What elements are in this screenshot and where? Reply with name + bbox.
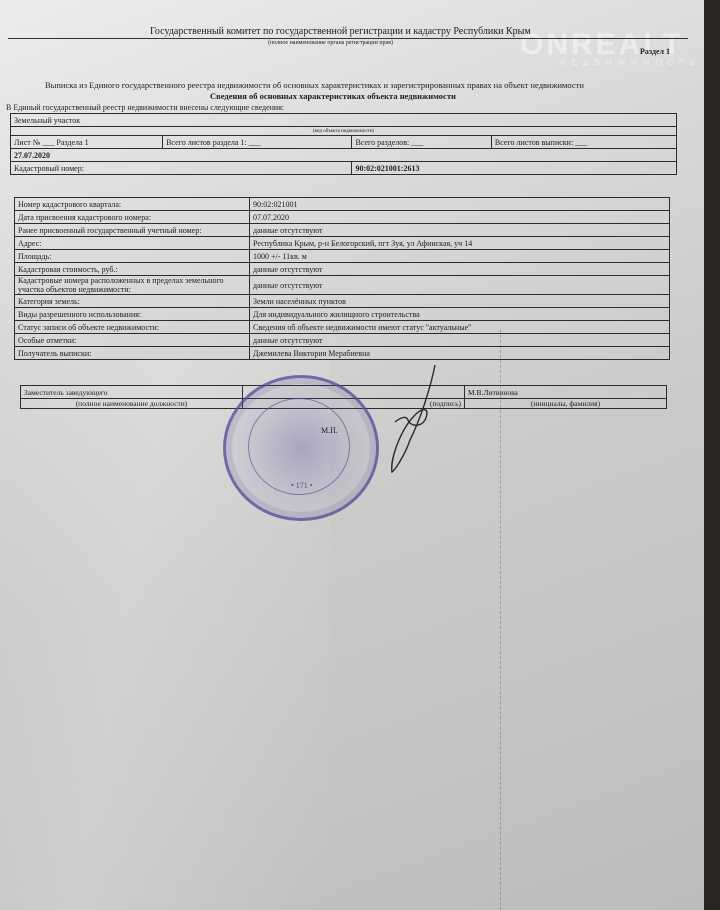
object-type: Земельный участок	[11, 114, 677, 127]
details-table: Номер кадастрового квартала:90:02:021001…	[14, 197, 670, 360]
table-row: Статус записи об объекте недвижимости:Св…	[15, 321, 670, 334]
official-stamp-icon: М.П. • 171 •	[223, 375, 379, 521]
watermark-sub: НЕДВИЖИМОСТЬ	[560, 58, 701, 67]
section-label: Раздел 1	[640, 47, 670, 56]
signer-name: М.В.Литвинова	[465, 386, 667, 399]
position-caption: (полное наименование должности)	[21, 399, 243, 409]
stamp-mark: М.П.	[321, 426, 338, 435]
watermark: ONREALT	[520, 28, 684, 62]
table-row: Особые отметки:данные отсутствуют	[15, 334, 670, 347]
sheets-total: Всего листов выписки: ___	[491, 136, 676, 149]
table-row: Дата присвоения кадастрового номера:07.0…	[15, 211, 670, 224]
table-row: Кадастровые номера расположенных в преде…	[15, 276, 670, 295]
handwritten-signature-icon	[380, 360, 450, 480]
table-row: Ранее присвоенный государственный учетны…	[15, 224, 670, 237]
table-row: Категория земель:Земли населённых пункто…	[15, 295, 670, 308]
authority-name: Государственный комитет по государственн…	[150, 26, 531, 37]
name-caption: (инициалы, фамилия)	[465, 399, 667, 409]
stamp-number: • 171 •	[291, 481, 313, 490]
document-title: Выписка из Единого государственного реес…	[45, 80, 584, 90]
document-subtitle: Сведения об основных характеристиках объ…	[210, 91, 456, 101]
sheets-in-section: Всего листов раздела 1: ___	[163, 136, 352, 149]
table-row: Номер кадастрового квартала:90:02:021001	[15, 198, 670, 211]
object-type-caption: (вид объекта недвижимости)	[11, 127, 677, 136]
intro-text: В Единый государственный реестр недвижим…	[6, 103, 284, 112]
table-row: Кадастровая стоимость, руб.:данные отсут…	[15, 263, 670, 276]
table-row: Виды разрешенного использования:Для инди…	[15, 308, 670, 321]
authority-caption: (полное наименование органа регистрации …	[268, 40, 393, 46]
table-row: Адрес:Республика Крым, р-н Белогорский, …	[15, 237, 670, 250]
extract-date: 27.07.2020	[11, 149, 677, 162]
document-page: ONREALT НЕДВИЖИМОСТЬ Государственный ком…	[0, 0, 704, 910]
table-row: Площадь:1000 +/- 11кв. м	[15, 250, 670, 263]
table-row: Получатель выписки:Джемилева Виктория Ме…	[15, 347, 670, 360]
cadastral-label: Кадастровый номер:	[11, 162, 352, 175]
sheet-number: Лист № ___ Раздела 1	[11, 136, 163, 149]
sections-total: Всего разделов: ___	[352, 136, 491, 149]
cadastral-number: 90:02:021001:2613	[352, 162, 677, 175]
signer-position: Заместитель заведующего	[21, 386, 243, 399]
header-rule	[8, 38, 688, 39]
fold-line	[500, 330, 502, 910]
object-header-table: Земельный участок (вид объекта недвижимо…	[10, 113, 677, 175]
